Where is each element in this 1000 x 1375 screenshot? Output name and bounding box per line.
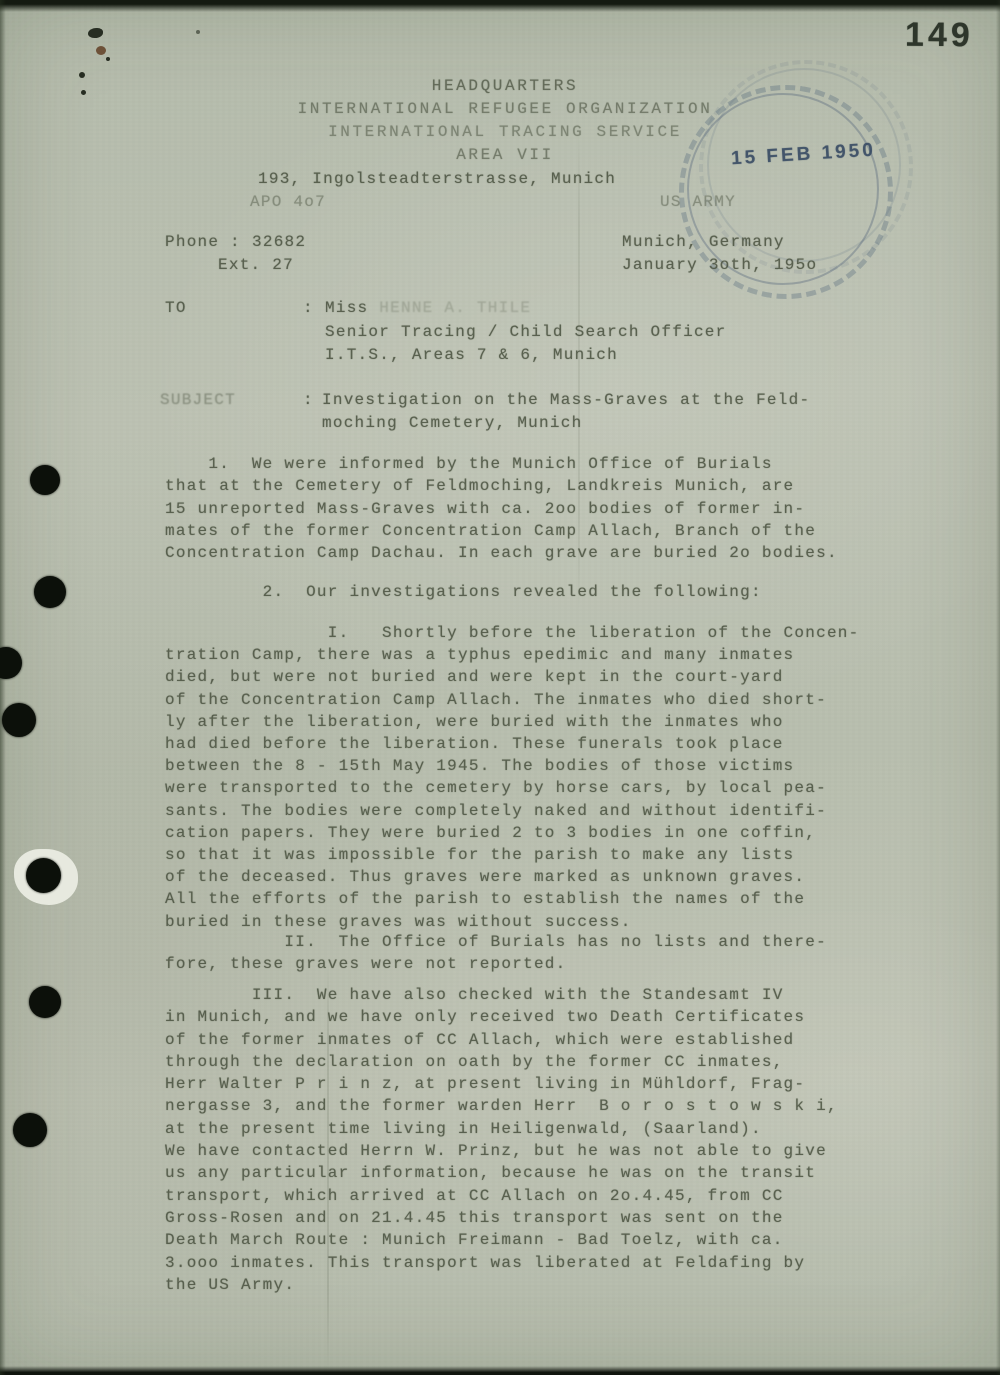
- text-line: sants. The bodies were completely naked …: [165, 800, 860, 822]
- subject-line1: Investigation on the Mass-Graves at the …: [322, 389, 810, 411]
- text-line: in Munich, and we have only received two…: [165, 1006, 838, 1028]
- ink-speck: [88, 28, 103, 38]
- text-line: Gross-Rosen and on 21.4.45 this transpor…: [165, 1207, 838, 1229]
- punch-hole: [0, 647, 22, 679]
- scan-edge-left: [0, 0, 6, 1375]
- phone-colon: :: [230, 231, 241, 253]
- text-line: died, but were not buried and were kept …: [165, 666, 860, 688]
- page-number: 149: [905, 16, 974, 56]
- text-line: buried in these graves was without succe…: [165, 911, 860, 933]
- punch-hole: [26, 858, 61, 893]
- scanned-document-page: 149 15 FEB 1950 HEADQUARTERS INTERNATION…: [0, 0, 1000, 1375]
- ink-speck: [79, 72, 85, 78]
- text-line: I. Shortly before the liberation of the …: [165, 622, 860, 644]
- scan-edge-top: [0, 0, 1000, 12]
- org-name-headquarters: HEADQUARTERS: [255, 75, 755, 98]
- ink-speck: [81, 90, 86, 95]
- org-name-iro: INTERNATIONAL REFUGEE ORGANIZATION: [255, 98, 755, 121]
- text-line: We have contacted Herrn W. Prinz, but he…: [165, 1140, 838, 1162]
- text-line: tration Camp, there was a typhus epedimi…: [165, 644, 860, 666]
- city-line: Munich, Germany: [622, 231, 785, 253]
- text-line: 3.ooo inmates. This transport was libera…: [165, 1252, 838, 1274]
- subject-line2: moching Cemetery, Munich: [322, 412, 582, 434]
- text-line: fore, these graves were not reported.: [165, 953, 827, 975]
- recipient-unit: I.T.S., Areas 7 & 6, Munich: [325, 344, 618, 366]
- recipient-name: HENNE A. THILE: [379, 299, 531, 317]
- text-line: had died before the liberation. These fu…: [165, 733, 860, 755]
- text-line: 2. Our investigations revealed the follo…: [165, 581, 762, 603]
- text-line: of the Concentration Camp Allach. The in…: [165, 689, 860, 711]
- text-line: nergasse 3, and the former warden Herr B…: [165, 1095, 838, 1117]
- text-line: were transported to the cemetery by hors…: [165, 777, 860, 799]
- text-line: II. The Office of Burials has no lists a…: [165, 931, 827, 953]
- typed-date: January 3oth, 195o: [622, 254, 817, 276]
- body-section-I: I. Shortly before the liberation of the …: [165, 622, 860, 933]
- body-paragraph-1: 1. We were informed by the Munich Office…: [165, 453, 838, 564]
- text-line: so that it was impossible for the parish…: [165, 844, 860, 866]
- punch-hole: [30, 465, 60, 495]
- text-line: cation papers. They were buried 2 to 3 b…: [165, 822, 860, 844]
- text-line: between the 8 - 15th May 1945. The bodie…: [165, 755, 860, 777]
- punch-hole: [34, 576, 66, 608]
- text-line: Concentration Camp Dachau. In each grave…: [165, 542, 838, 564]
- body-paragraph-2: 2. Our investigations revealed the follo…: [165, 581, 762, 603]
- recipient-salutation: Miss: [325, 299, 379, 317]
- text-line: 15 unreported Mass-Graves with ca. 2oo b…: [165, 498, 838, 520]
- text-line: through the declaration on oath by the f…: [165, 1051, 838, 1073]
- text-line: III. We have also checked with the Stand…: [165, 984, 838, 1006]
- punch-hole: [29, 986, 61, 1018]
- org-army: US ARMY: [660, 191, 736, 213]
- org-area: AREA VII: [255, 144, 755, 167]
- subject-colon: :: [303, 389, 314, 411]
- subject-label: SUBJECT: [160, 389, 236, 411]
- text-line: Herr Walter P r i n z, at present living…: [165, 1073, 838, 1095]
- scan-edge-right: [996, 0, 1000, 1375]
- recipient-title: Senior Tracing / Child Search Officer: [325, 321, 727, 343]
- text-line: of the former inmates of CC Allach, whic…: [165, 1029, 838, 1051]
- body-section-II: II. The Office of Burials has no lists a…: [165, 931, 827, 976]
- text-line: us any particular information, because h…: [165, 1162, 838, 1184]
- org-name-its: INTERNATIONAL TRACING SERVICE: [255, 121, 755, 144]
- text-line: Death March Route : Munich Freimann - Ba…: [165, 1229, 838, 1251]
- text-line: transport, which arrived at CC Allach on…: [165, 1185, 838, 1207]
- text-line: 1. We were informed by the Munich Office…: [165, 453, 838, 475]
- text-line: that at the Cemetery of Feldmoching, Lan…: [165, 475, 838, 497]
- text-line: All the efforts of the parish to establi…: [165, 888, 860, 910]
- body-section-III: III. We have also checked with the Stand…: [165, 984, 838, 1296]
- text-line: at the present time living in Heiligenwa…: [165, 1118, 838, 1140]
- text-line: of the deceased. Thus graves were marked…: [165, 866, 860, 888]
- scan-edge-bottom: [0, 1366, 1000, 1375]
- phone-label: Phone: [165, 231, 219, 253]
- text-line: the US Army.: [165, 1274, 838, 1296]
- punch-hole: [2, 703, 36, 737]
- text-line: ly after the liberation, were buried wit…: [165, 711, 860, 733]
- recipient-name-line: Miss HENNE A. THILE: [325, 297, 531, 319]
- ink-speck: [106, 57, 110, 61]
- punch-hole: [13, 1113, 47, 1147]
- org-address: 193, Ingolsteadterstrasse, Munich: [258, 168, 616, 190]
- ink-speck: [196, 30, 200, 34]
- to-colon: :: [303, 297, 314, 319]
- to-label: TO: [165, 297, 187, 319]
- text-line: mates of the former Concentration Camp A…: [165, 520, 838, 542]
- ink-speck: [96, 46, 106, 55]
- org-apo: APO 4o7: [250, 191, 326, 213]
- phone-number: 32682: [252, 231, 306, 253]
- phone-extension: Ext. 27: [218, 254, 294, 276]
